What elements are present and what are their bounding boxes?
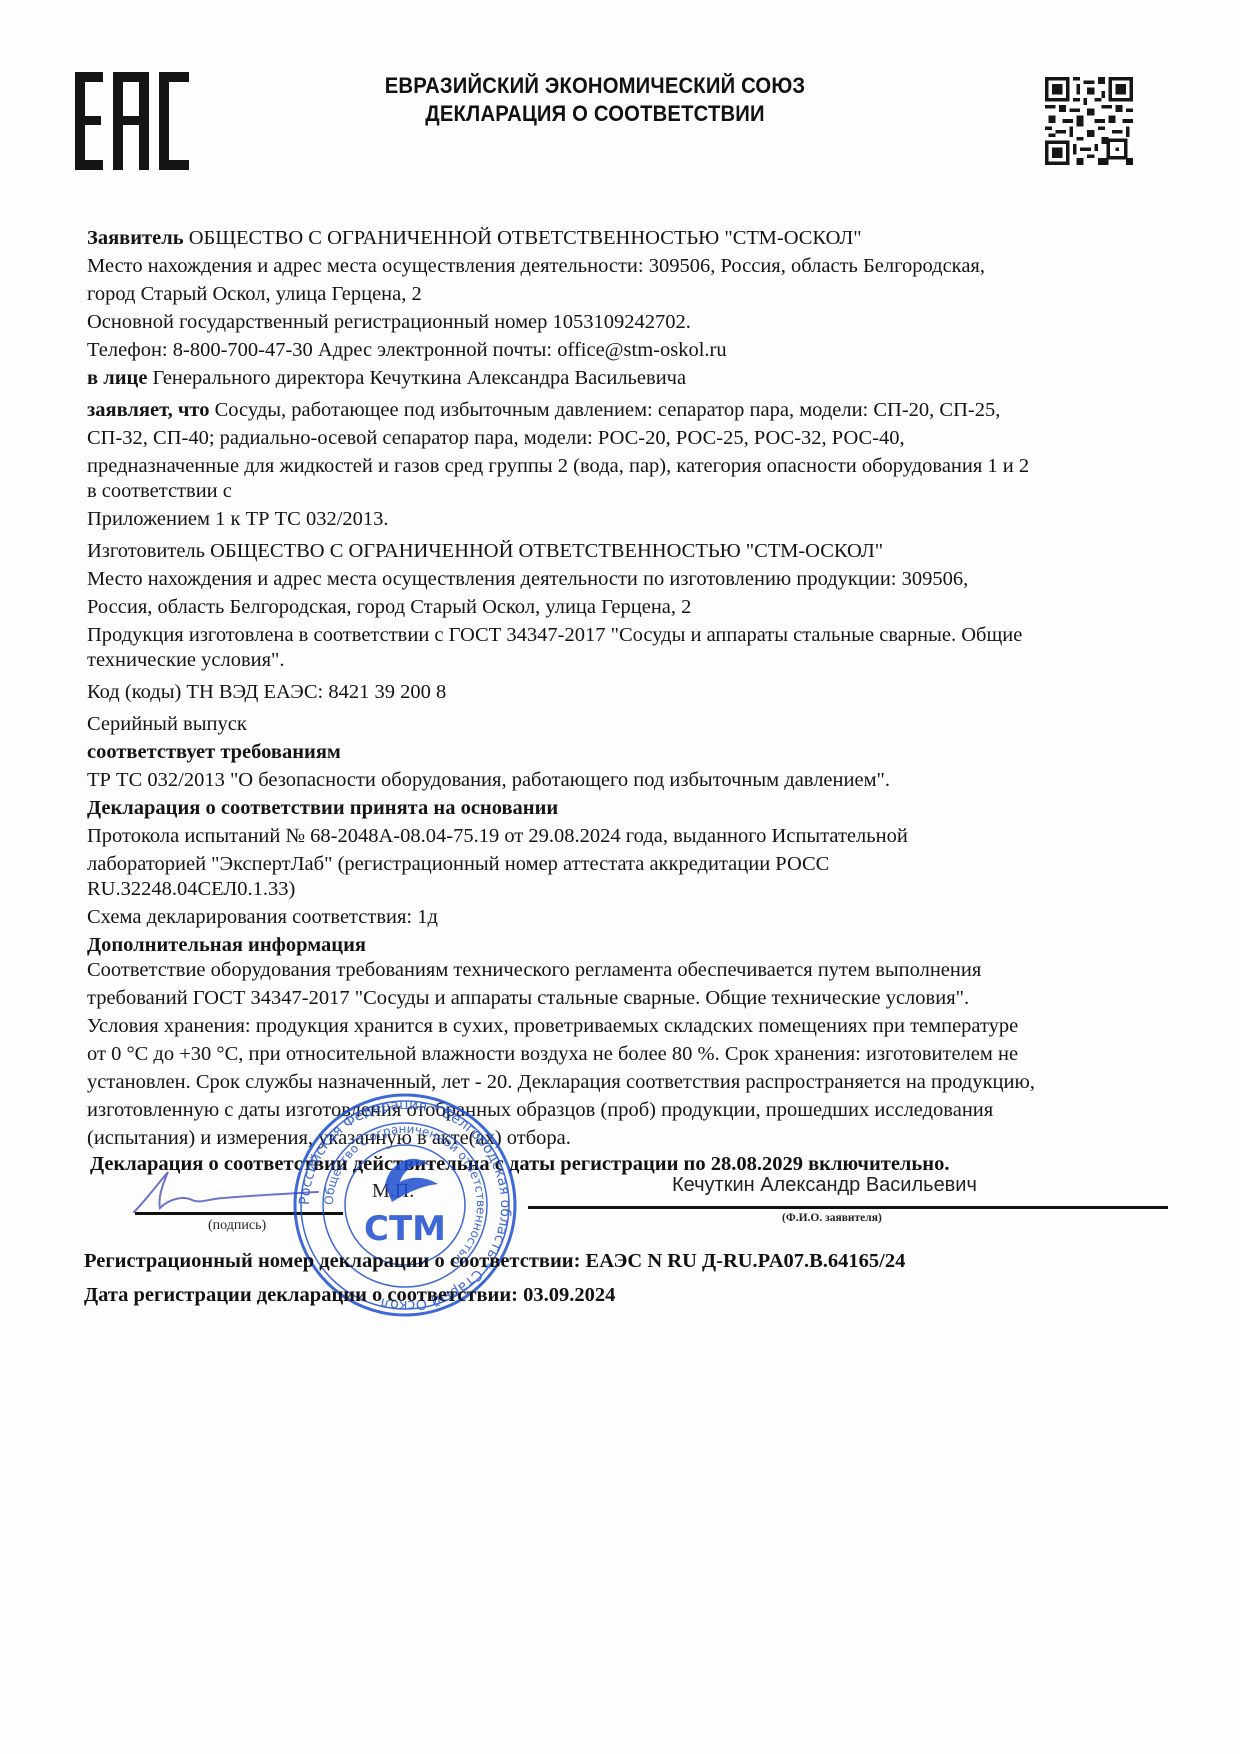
manufacturer-line-4: Продукция изготовлена в соответствии с Г…	[87, 623, 1167, 648]
eac-logo-icon	[73, 68, 193, 173]
basis-heading: Декларация о соответствии принята на осн…	[87, 796, 1167, 821]
applicant-ogrn: Основной государственный регистрационный…	[87, 310, 1167, 335]
declares-line-4: в соответствии с	[87, 479, 1167, 504]
title-line-declaration: ДЕКЛАРАЦИЯ О СООТВЕТСТВИИ	[324, 100, 867, 128]
compliance-text: ТР ТС 032/2013 "О безопасности оборудова…	[87, 768, 1167, 793]
release-type: Серийный выпуск	[87, 712, 1167, 737]
tn-ved-code: Код (коды) ТН ВЭД ЕАЭС: 8421 39 200 8	[87, 680, 1167, 705]
representative-line: в лице Генерального директора Кечуткина …	[87, 366, 1167, 391]
additional-line-4: от 0 °С до +30 °С, при относительной вла…	[87, 1042, 1167, 1067]
manufacturer-line-5: технические условия".	[87, 648, 1167, 673]
declaration-scheme: Схема декларирования соответствия: 1д	[87, 905, 1167, 930]
declares-line-2: СП-32, СП-40; радиально-осевой сепаратор…	[87, 426, 1167, 451]
declares-line-1: заявляет, что Сосуды, работающее под изб…	[87, 398, 1167, 423]
applicant-line: Заявитель ОБЩЕСТВО С ОГРАНИЧЕННОЙ ОТВЕТС…	[87, 226, 1167, 251]
basis-line-2: лабораторией "ЭкспертЛаб" (регистрационн…	[87, 852, 1167, 877]
title-line-union: ЕВРАЗИЙСКИЙ ЭКОНОМИЧЕСКИЙ СОЮЗ	[324, 72, 867, 100]
signature-caption: (подпись)	[208, 1218, 266, 1234]
additional-line-5: установлен. Срок службы назначенный, лет…	[87, 1070, 1167, 1095]
applicant-address-1: Место нахождения и адрес места осуществл…	[87, 254, 1167, 279]
declaration-body: Заявитель ОБЩЕСТВО С ОГРАНИЧЕННОЙ ОТВЕТС…	[87, 226, 1167, 1151]
manufacturer-line-2: Место нахождения и адрес места осуществл…	[87, 567, 1167, 592]
additional-line-3: Условия хранения: продукция хранится в с…	[87, 1014, 1167, 1039]
applicant-label: Заявитель	[87, 227, 184, 249]
name-caption: (Ф.И.О. заявителя)	[782, 1212, 882, 1224]
declares-text-1: Сосуды, работающее под избыточным давлен…	[209, 399, 1000, 421]
signatory-name: Кечуткин Александр Васильевич	[672, 1174, 977, 1197]
name-line	[528, 1206, 1168, 1209]
basis-line-1: Протокола испытаний № 68-2048А-08.04-75.…	[87, 824, 1167, 849]
registration-number: Регистрационный номер декларации о соотв…	[84, 1250, 905, 1273]
additional-heading: Дополнительная информация	[87, 933, 1167, 958]
applicant-contacts: Телефон: 8-800-700-47-30 Адрес электронн…	[87, 338, 1167, 363]
applicant-address-2: город Старый Оскол, улица Герцена, 2	[87, 282, 1167, 307]
basis-line-3: RU.32248.04СЕЛ0.1.33)	[87, 877, 1167, 902]
stamp-center-text: СТМ	[364, 1209, 446, 1249]
applicant-name: ОБЩЕСТВО С ОГРАНИЧЕННОЙ ОТВЕТСТВЕННОСТЬЮ…	[184, 227, 862, 249]
qr-code-icon[interactable]	[1045, 75, 1133, 167]
declares-line-5: Приложением 1 к ТР ТС 032/2013.	[87, 507, 1167, 532]
registration-date: Дата регистрации декларации о соответств…	[84, 1284, 615, 1307]
additional-line-1: Соответствие оборудования требованиям те…	[87, 958, 1167, 983]
representative-label: в лице	[87, 367, 147, 389]
declaration-page: ЕВРАЗИЙСКИЙ ЭКОНОМИЧЕСКИЙ СОЮЗ ДЕКЛАРАЦИ…	[0, 0, 1240, 1754]
manufacturer-line-1: Изготовитель ОБЩЕСТВО С ОГРАНИЧЕННОЙ ОТВ…	[87, 539, 1167, 564]
document-title: ЕВРАЗИЙСКИЙ ЭКОНОМИЧЕСКИЙ СОЮЗ ДЕКЛАРАЦИ…	[324, 72, 867, 128]
additional-line-2: требований ГОСТ 34347-2017 "Сосуды и апп…	[87, 986, 1167, 1011]
declares-line-3: предназначенные для жидкостей и газов ср…	[87, 454, 1167, 479]
representative-name: Генерального директора Кечуткина Алексан…	[147, 367, 686, 389]
manufacturer-line-3: Россия, область Белгородская, город Стар…	[87, 595, 1167, 620]
declares-label: заявляет, что	[87, 399, 209, 421]
additional-line-7: (испытания) и измерения, указанную в акт…	[87, 1126, 1167, 1151]
compliance-heading: соответствует требованиям	[87, 740, 1167, 765]
additional-line-6: изготовленную с даты изготовления отобра…	[87, 1098, 1167, 1123]
